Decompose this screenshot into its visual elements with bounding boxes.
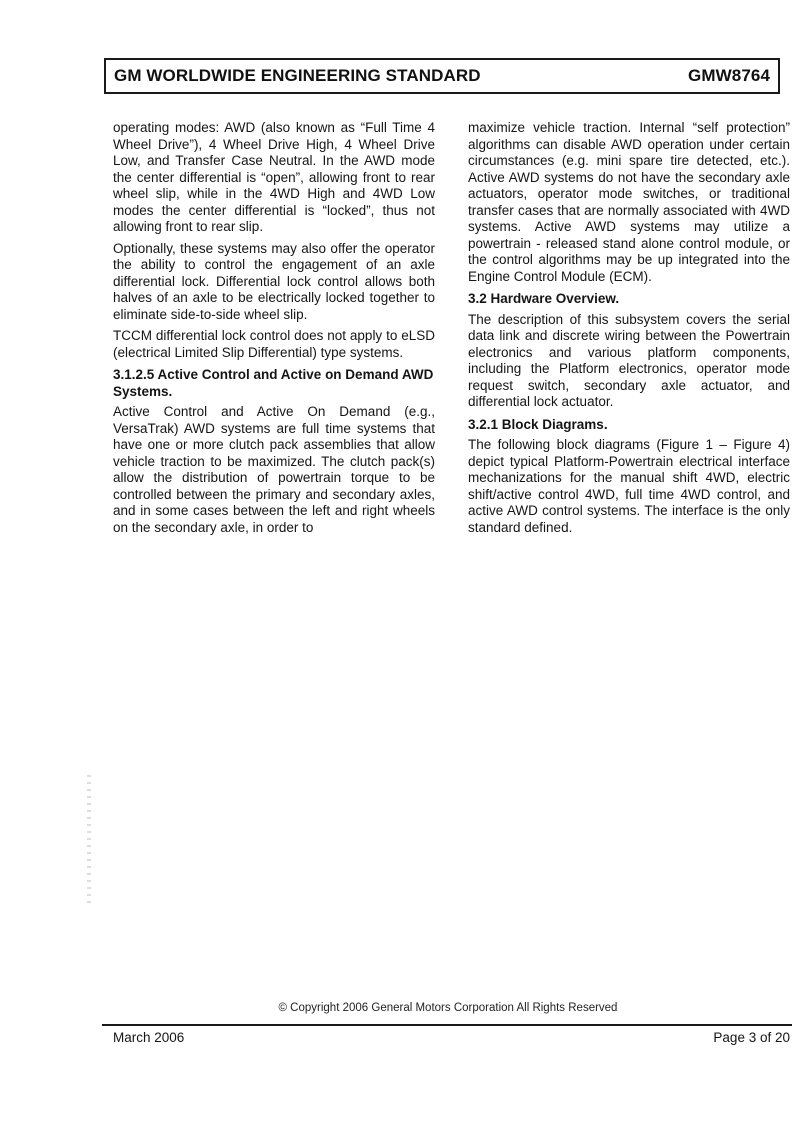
paragraph: The following block diagrams (Figure 1 –… [468,437,790,536]
footer-row: March 2006 Page 3 of 20 [113,1030,790,1045]
section-heading: 3.2 Hardware Overview. [468,291,790,308]
right-column: maximize vehicle traction. Internal “sel… [468,120,790,541]
document-title: GM WORLDWIDE ENGINEERING STANDARD [114,66,481,86]
footer-page-number: Page 3 of 20 [713,1030,790,1045]
paragraph: Active Control and Active On Demand (e.g… [113,404,435,536]
document-number: GMW8764 [688,66,770,86]
header-box: GM WORLDWIDE ENGINEERING STANDARD GMW876… [104,58,780,94]
section-heading: 3.1.2.5 Active Control and Active on Dem… [113,367,435,400]
margin-watermark [87,775,91,905]
paragraph: TCCM differential lock control does not … [113,328,435,361]
left-column: operating modes: AWD (also known as “Ful… [113,120,435,541]
footer-date: March 2006 [113,1030,184,1045]
section-heading: 3.2.1 Block Diagrams. [468,417,790,434]
body-columns: operating modes: AWD (also known as “Ful… [113,120,790,541]
footer-copyright: © Copyright 2006 General Motors Corporat… [104,1002,792,1014]
paragraph: operating modes: AWD (also known as “Ful… [113,120,435,236]
document-page: GM WORLDWIDE ENGINEERING STANDARD GMW876… [0,0,800,1133]
paragraph: maximize vehicle traction. Internal “sel… [468,120,790,285]
footer-divider [102,1024,792,1026]
paragraph: The description of this subsystem covers… [468,312,790,411]
paragraph: Optionally, these systems may also offer… [113,241,435,324]
